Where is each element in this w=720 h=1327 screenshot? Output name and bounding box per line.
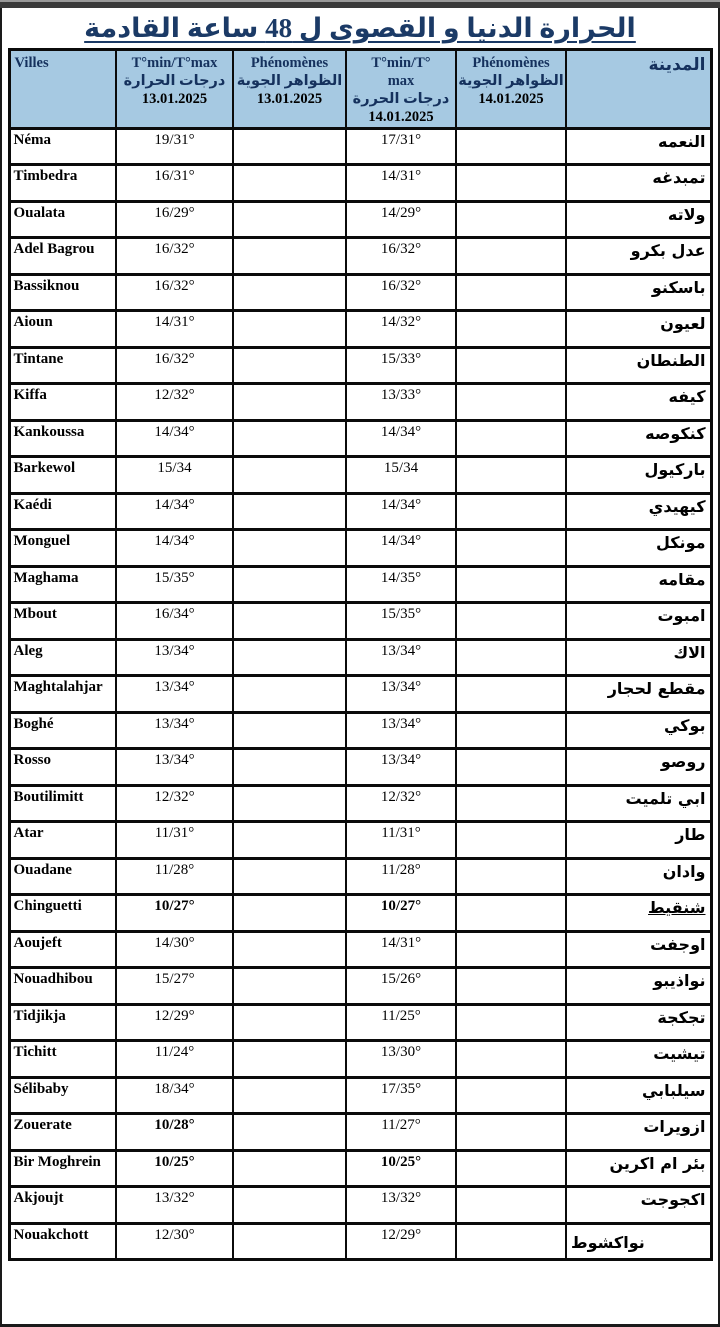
header-line: max [347,72,455,90]
city-ar-cell: امبوت [566,603,711,640]
phenomene-13-cell [233,931,346,968]
phenomene-14-cell [456,968,566,1005]
temp-13-cell: 16/29° [116,201,233,238]
temp-13-cell: 12/32° [116,785,233,822]
phenomene-14-cell [456,1187,566,1224]
header-line: درجات الحررة [347,90,455,108]
temp-14-cell: 13/34° [346,749,456,786]
temp-13-cell: 19/31° [116,128,233,165]
phenomene-14-cell [456,1223,566,1260]
temp-14-cell: 11/31° [346,822,456,859]
temp-13-cell: 11/24° [116,1041,233,1078]
temp-14-cell: 10/25° [346,1150,456,1187]
city-ar-cell: ولاته [566,201,711,238]
phenomene-14-cell [456,347,566,384]
ville-cell: Atar [9,822,116,859]
phenomene-13-cell [233,785,346,822]
temp-13-cell: 11/31° [116,822,233,859]
ville-cell: Maghama [9,566,116,603]
phenomene-14-cell [456,858,566,895]
temp-14-cell: 16/32° [346,238,456,275]
city-ar-cell: كيفه [566,384,711,421]
phenomene-13-cell [233,1077,346,1114]
phenomene-14-cell [456,566,566,603]
phenomene-13-cell [233,895,346,932]
phenomene-13-cell [233,1041,346,1078]
temp-13-cell: 16/32° [116,274,233,311]
header-line: الظواهر الجوية [234,72,345,90]
temp-13-cell: 15/35° [116,566,233,603]
table-row: Tidjikja12/29°11/25°تجكجة [9,1004,711,1041]
temperature-forecast-table: Villes T°min/T°maxدرجات الحرارة13.01.202… [8,48,713,1261]
phenomene-13-cell [233,457,346,494]
table-row: Rosso13/34°13/34°روصو [9,749,711,786]
temp-14-cell: 14/29° [346,201,456,238]
temp-13-cell: 13/32° [116,1187,233,1224]
phenomene-14-cell [456,1077,566,1114]
table-row: Sélibaby18/34°17/35°سيلبابي [9,1077,711,1114]
temp-14-cell: 11/25° [346,1004,456,1041]
phenomene-14-cell [456,420,566,457]
table-row: Adel Bagrou16/32°16/32°عدل بكرو [9,238,711,275]
phenomene-14-cell [456,1150,566,1187]
header-line: 13.01.2025 [117,90,232,108]
phenomene-13-cell [233,420,346,457]
phenomene-14-cell [456,749,566,786]
phenomene-13-cell [233,165,346,202]
phenomene-14-cell [456,639,566,676]
ville-cell: Nouakchott [9,1223,116,1260]
header-line: Phénomènes [234,54,345,72]
table-row: Aioun14/31°14/32°لعيون [9,311,711,348]
ville-cell: Barkewol [9,457,116,494]
phenomene-13-cell [233,1187,346,1224]
temp-14-cell: 13/34° [346,676,456,713]
phenomene-13-cell [233,749,346,786]
city-ar-cell: كنكوصه [566,420,711,457]
ville-cell: Maghtalahjar [9,676,116,713]
temp-13-cell: 13/34° [116,676,233,713]
temp-14-cell: 13/34° [346,639,456,676]
temp-13-cell: 15/27° [116,968,233,1005]
phenomene-13-cell [233,1114,346,1151]
temp-13-cell: 12/32° [116,384,233,421]
phenomene-13-cell [233,639,346,676]
table-body: Néma19/31°17/31°النعمهTimbedra16/31°14/3… [9,128,711,1260]
ville-cell: Rosso [9,749,116,786]
table-row: Timbedra16/31°14/31°تمبدغه [9,165,711,202]
phenomene-13-cell [233,493,346,530]
temp-14-cell: 15/26° [346,968,456,1005]
ville-cell: Bir Moghrein [9,1150,116,1187]
table-row: Atar11/31°11/31°طار [9,822,711,859]
phenomene-14-cell [456,931,566,968]
table-row: Akjoujt13/32°13/32°اكجوجت [9,1187,711,1224]
temp-14-cell: 10/27° [346,895,456,932]
temp-14-cell: 14/35° [346,566,456,603]
city-ar-cell: ازويرات [566,1114,711,1151]
temp-14-cell: 12/29° [346,1223,456,1260]
table-row: Néma19/31°17/31°النعمه [9,128,711,165]
ville-cell: Monguel [9,530,116,567]
phenomene-13-cell [233,128,346,165]
header-villes: Villes [9,50,116,129]
table-row: Bassiknou16/32°16/32°باسكنو [9,274,711,311]
city-ar-cell: بوكي [566,712,711,749]
table-row: Aoujeft14/30°14/31°اوجفت [9,931,711,968]
ville-cell: Adel Bagrou [9,238,116,275]
temp-13-cell: 10/25° [116,1150,233,1187]
temp-14-cell: 17/31° [346,128,456,165]
city-ar-cell: روصو [566,749,711,786]
ville-cell: Néma [9,128,116,165]
temp-13-cell: 14/30° [116,931,233,968]
phenomene-14-cell [456,1114,566,1151]
header-line: الظواهر الجوية [457,72,565,90]
phenomene-13-cell [233,566,346,603]
table-row: Kaédi14/34°14/34°كيهيدي [9,493,711,530]
city-ar-cell: الاك [566,639,711,676]
table-row: Boutilimitt12/32°12/32°ابي تلميت [9,785,711,822]
phenomene-14-cell [456,165,566,202]
ville-cell: Kiffa [9,384,116,421]
phenomene-13-cell [233,712,346,749]
header-line: المدينة [567,54,706,75]
temp-14-cell: 14/31° [346,931,456,968]
phenomene-14-cell [456,457,566,494]
phenomene-14-cell [456,1004,566,1041]
ville-cell: Sélibaby [9,1077,116,1114]
temp-14-cell: 11/28° [346,858,456,895]
ville-cell: Nouadhibou [9,968,116,1005]
temp-14-cell: 13/30° [346,1041,456,1078]
phenomene-14-cell [456,201,566,238]
ville-cell: Boghé [9,712,116,749]
table-row: Oualata16/29°14/29°ولاته [9,201,711,238]
city-ar-cell: بئر ام اكرين [566,1150,711,1187]
page-title: الحرارة الدنيا و القصوى ل 48 ساعة القادم… [84,13,636,44]
table-row: Maghama15/35°14/35°مقامه [9,566,711,603]
table-header: Villes T°min/T°maxدرجات الحرارة13.01.202… [9,50,711,129]
phenomene-13-cell [233,201,346,238]
temp-14-cell: 14/32° [346,311,456,348]
phenomene-13-cell [233,1150,346,1187]
phenomene-13-cell [233,822,346,859]
city-ar-cell: سيلبابي [566,1077,711,1114]
phenomene-14-cell [456,895,566,932]
header-row: Villes T°min/T°maxدرجات الحرارة13.01.202… [9,50,711,129]
phenomene-13-cell [233,311,346,348]
table-row: Maghtalahjar13/34°13/34°مقطع لحجار [9,676,711,713]
phenomene-13-cell [233,274,346,311]
temp-14-cell: 14/34° [346,493,456,530]
phenomene-14-cell [456,238,566,275]
ville-cell: Akjoujt [9,1187,116,1224]
table-row: Chinguetti10/27°10/27°شنقيط [9,895,711,932]
phenomene-14-cell [456,822,566,859]
header-line: 14.01.2025 [457,90,565,108]
city-ar-cell: باركيول [566,457,711,494]
temp-14-cell: 14/34° [346,530,456,567]
temp-13-cell: 15/34 [116,457,233,494]
table-row: Bir Moghrein10/25°10/25°بئر ام اكرين [9,1150,711,1187]
header-line: Phénomènes [457,54,565,72]
table-row: Tintane16/32°15/33°الطنطان [9,347,711,384]
temp-14-cell: 13/32° [346,1187,456,1224]
phenomene-14-cell [456,1041,566,1078]
ville-cell: Kaédi [9,493,116,530]
temp-13-cell: 12/29° [116,1004,233,1041]
header-temp-day2: T°min/T°maxدرجات الحررة14.01.2025 [346,50,456,129]
city-ar-cell: اكجوجت [566,1187,711,1224]
temp-14-cell: 15/34 [346,457,456,494]
temp-14-cell: 11/27° [346,1114,456,1151]
phenomene-14-cell [456,676,566,713]
city-ar-cell: مقامه [566,566,711,603]
temp-13-cell: 14/34° [116,530,233,567]
ville-cell: Chinguetti [9,895,116,932]
city-ar-cell: ابي تلميت [566,785,711,822]
phenomene-14-cell [456,311,566,348]
header-line: T°min/T°max [117,54,232,72]
temp-14-cell: 17/35° [346,1077,456,1114]
header-line: درجات الحرارة [117,72,232,90]
phenomene-13-cell [233,347,346,384]
table-row: Mbout16/34°15/35°امبوت [9,603,711,640]
header-city-arabic: المدينة [566,50,711,129]
phenomene-13-cell [233,968,346,1005]
ville-cell: Tidjikja [9,1004,116,1041]
temp-14-cell: 13/34° [346,712,456,749]
ville-cell: Zouerate [9,1114,116,1151]
weather-bulletin-page: الحرارة الدنيا و القصوى ل 48 ساعة القادم… [0,8,720,1327]
temp-14-cell: 16/32° [346,274,456,311]
table-row: Boghé13/34°13/34°بوكي [9,712,711,749]
temp-13-cell: 11/28° [116,858,233,895]
table-row: Nouadhibou15/27°15/26°نواذيبو [9,968,711,1005]
table-row: Monguel14/34°14/34°مونكل [9,530,711,567]
temp-13-cell: 14/34° [116,493,233,530]
ville-cell: Kankoussa [9,420,116,457]
temp-14-cell: 13/33° [346,384,456,421]
city-ar-cell: باسكنو [566,274,711,311]
phenomene-14-cell [456,530,566,567]
city-ar-cell: تيشيت [566,1041,711,1078]
city-ar-cell: شنقيط [566,895,711,932]
phenomene-13-cell [233,676,346,713]
table-row: Aleg13/34°13/34°الاك [9,639,711,676]
temp-14-cell: 14/34° [346,420,456,457]
phenomene-13-cell [233,530,346,567]
table-row: Zouerate10/28°11/27°ازويرات [9,1114,711,1151]
ville-cell: Aleg [9,639,116,676]
temp-13-cell: 14/31° [116,311,233,348]
phenomene-14-cell [456,712,566,749]
table-row: Ouadane11/28°11/28°وادان [9,858,711,895]
city-ar-cell: نواكشوط [566,1223,711,1260]
table-row: Barkewol15/3415/34باركيول [9,457,711,494]
city-ar-cell: وادان [566,858,711,895]
temp-13-cell: 16/34° [116,603,233,640]
table-row: Kankoussa14/34°14/34°كنكوصه [9,420,711,457]
top-bar [0,0,720,8]
temp-13-cell: 18/34° [116,1077,233,1114]
header-line: T°min/T° [347,54,455,72]
phenomene-14-cell [456,785,566,822]
city-ar-cell: عدل بكرو [566,238,711,275]
ville-cell: Timbedra [9,165,116,202]
ville-cell: Ouadane [9,858,116,895]
temp-13-cell: 13/34° [116,749,233,786]
city-ar-cell: النعمه [566,128,711,165]
phenomene-14-cell [456,603,566,640]
temp-13-cell: 13/34° [116,712,233,749]
city-ar-cell: لعيون [566,311,711,348]
temp-14-cell: 12/32° [346,785,456,822]
ville-cell: Boutilimitt [9,785,116,822]
header-line: Villes [15,54,116,72]
phenomene-13-cell [233,1223,346,1260]
header-line: 13.01.2025 [234,90,345,108]
header-phenomenes-day2: Phénomènesالظواهر الجوية14.01.2025 [456,50,566,129]
phenomene-14-cell [456,493,566,530]
city-ar-cell: تمبدغه [566,165,711,202]
ville-cell: Tintane [9,347,116,384]
phenomene-13-cell [233,858,346,895]
phenomene-14-cell [456,274,566,311]
temp-13-cell: 13/34° [116,639,233,676]
phenomene-13-cell [233,384,346,421]
temp-13-cell: 16/32° [116,238,233,275]
header-line: 14.01.2025 [347,108,455,126]
header-phenomenes-day1: Phénomènesالظواهر الجوية13.01.2025 [233,50,346,129]
city-ar-cell: اوجفت [566,931,711,968]
temp-13-cell: 16/32° [116,347,233,384]
phenomene-13-cell [233,603,346,640]
ville-cell: Aoujeft [9,931,116,968]
table-row: Nouakchott12/30°12/29°نواكشوط [9,1223,711,1260]
header-temp-day1: T°min/T°maxدرجات الحرارة13.01.2025 [116,50,233,129]
city-ar-cell: مونكل [566,530,711,567]
temp-14-cell: 15/35° [346,603,456,640]
city-ar-cell: نواذيبو [566,968,711,1005]
table-row: Kiffa12/32°13/33°كيفه [9,384,711,421]
ville-cell: Tichitt [9,1041,116,1078]
title-band: الحرارة الدنيا و القصوى ل 48 ساعة القادم… [7,10,713,48]
city-ar-cell: الطنطان [566,347,711,384]
temp-14-cell: 15/33° [346,347,456,384]
phenomene-14-cell [456,128,566,165]
temp-13-cell: 16/31° [116,165,233,202]
city-ar-cell: مقطع لحجار [566,676,711,713]
temp-14-cell: 14/31° [346,165,456,202]
phenomene-13-cell [233,238,346,275]
temp-13-cell: 12/30° [116,1223,233,1260]
city-ar-cell: طار [566,822,711,859]
ville-cell: Bassiknou [9,274,116,311]
ville-cell: Mbout [9,603,116,640]
temp-13-cell: 10/28° [116,1114,233,1151]
ville-cell: Aioun [9,311,116,348]
ville-cell: Oualata [9,201,116,238]
table-row: Tichitt11/24°13/30°تيشيت [9,1041,711,1078]
temp-13-cell: 10/27° [116,895,233,932]
city-ar-cell: تجكجة [566,1004,711,1041]
phenomene-13-cell [233,1004,346,1041]
phenomene-14-cell [456,384,566,421]
temp-13-cell: 14/34° [116,420,233,457]
city-ar-cell: كيهيدي [566,493,711,530]
